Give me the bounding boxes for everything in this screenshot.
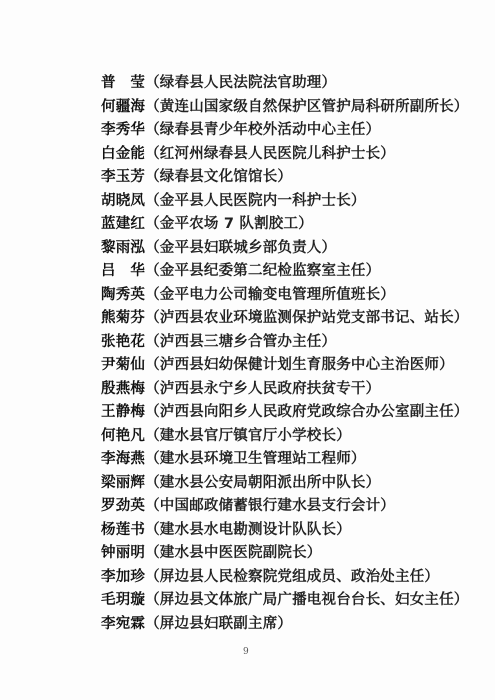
person-title: （泸西县妇幼保健计划生育服务中心主治医师） — [145, 357, 454, 373]
person-name: 吕 华 — [101, 263, 145, 279]
person-title: （建水县环境卫生管理站工程师） — [145, 451, 366, 467]
list-item: 胡晓凤（金平县人民医院内一科护士长） — [101, 190, 469, 214]
person-title: （金平县人民医院内一科护士长） — [145, 193, 366, 209]
person-name: 王静梅 — [101, 404, 145, 420]
list-item: 普 莹（绿春县人民法院法官助理） — [101, 72, 469, 96]
person-name: 梁丽辉 — [101, 475, 145, 491]
document-page: 普 莹（绿春县人民法院法官助理） 何疆海（黄连山国家级自然保护区管护局科研所副所… — [0, 0, 495, 700]
list-item: 白金能（红河州绿春县人民医院儿科护士长） — [101, 143, 469, 167]
person-name: 李加珍 — [101, 569, 145, 585]
person-name: 李宛霖 — [101, 616, 145, 632]
person-title: （绿春县文化馆馆长） — [145, 169, 292, 185]
person-name: 张艳花 — [101, 334, 145, 350]
list-item: 吕 华（金平县纪委第二纪检监察室主任） — [101, 260, 469, 284]
list-item: 李宛霖（屏边县妇联副主席） — [101, 613, 469, 637]
person-title: （金平县妇联城乡部负责人） — [145, 240, 336, 256]
person-title: （建水县水电勘测设计队队长） — [145, 522, 351, 538]
list-item: 蓝建红（金平农场 7 队割胶工） — [101, 213, 469, 237]
honoree-list: 普 莹（绿春县人民法院法官助理） 何疆海（黄连山国家级自然保护区管护局科研所副所… — [101, 72, 469, 636]
person-name: 黎雨泓 — [101, 240, 145, 256]
person-name: 杨莲书 — [101, 522, 145, 538]
list-item: 罗劲英（中国邮政储蓄银行建水县支行会计） — [101, 495, 469, 519]
person-title: （屏边县妇联副主席） — [145, 616, 292, 632]
list-item: 熊菊芬（泸西县农业环境监测保护站党支部书记、站长） — [101, 307, 469, 331]
person-name: 陶秀英 — [101, 287, 145, 303]
list-item: 陶秀英（金平电力公司输变电管理所值班长） — [101, 284, 469, 308]
person-name: 李玉芳 — [101, 169, 145, 185]
list-item: 殷燕梅（泸西县永宁乡人民政府扶贫专干） — [101, 378, 469, 402]
list-item: 李海燕（建水县环境卫生管理站工程师） — [101, 448, 469, 472]
person-name: 何艳凡 — [101, 428, 145, 444]
person-name: 胡晓凤 — [101, 193, 145, 209]
list-item: 毛玥璇（屏边县文体旅广局广播电视台台长、妇女主任） — [101, 589, 469, 613]
list-item: 何艳凡（建水县官厅镇官厅小学校长） — [101, 425, 469, 449]
person-name: 何疆海 — [101, 99, 145, 115]
person-title: （中国邮政储蓄银行建水县支行会计） — [145, 498, 395, 514]
list-item: 杨莲书（建水县水电勘测设计队队长） — [101, 519, 469, 543]
person-title: （泸西县农业环境监测保护站党支部书记、站长） — [145, 310, 468, 326]
list-item: 张艳花（泸西县三塘乡合管办主任） — [101, 331, 469, 355]
person-title: （金平县纪委第二纪检监察室主任） — [145, 263, 380, 279]
person-title: （泸西县永宁乡人民政府扶贫专干） — [145, 381, 380, 397]
person-title: （建水县官厅镇官厅小学校长） — [145, 428, 351, 444]
person-name: 李秀华 — [101, 122, 145, 138]
person-title: （绿春县青少年校外活动中心主任） — [145, 122, 380, 138]
person-title: （建水县中医医院副院长） — [145, 545, 321, 561]
list-item: 黎雨泓（金平县妇联城乡部负责人） — [101, 237, 469, 261]
person-name: 蓝建红 — [101, 216, 145, 232]
person-title: （建水县公安局朝阳派出所中队长） — [145, 475, 380, 491]
person-name: 李海燕 — [101, 451, 145, 467]
person-name: 毛玥璇 — [101, 592, 145, 608]
person-title: （金平农场 7 队割胶工） — [145, 216, 313, 232]
list-item: 王静梅（泸西县向阳乡人民政府党政综合办公室副主任） — [101, 401, 469, 425]
list-item: 李秀华（绿春县青少年校外活动中心主任） — [101, 119, 469, 143]
person-name: 殷燕梅 — [101, 381, 145, 397]
page-number: 9 — [243, 647, 249, 657]
person-title: （屏边县人民检察院党组成员、政治处主任） — [145, 569, 439, 585]
person-title: （黄连山国家级自然保护区管护局科研所副所长） — [145, 99, 468, 115]
list-item: 李加珍（屏边县人民检察院党组成员、政治处主任） — [101, 566, 469, 590]
person-name: 钟丽明 — [101, 545, 145, 561]
person-title: （屏边县文体旅广局广播电视台台长、妇女主任） — [145, 592, 468, 608]
list-item: 钟丽明（建水县中医医院副院长） — [101, 542, 469, 566]
person-title: （绿春县人民法院法官助理） — [145, 75, 336, 91]
list-item: 梁丽辉（建水县公安局朝阳派出所中队长） — [101, 472, 469, 496]
person-title: （金平电力公司输变电管理所值班长） — [145, 287, 395, 303]
list-item: 何疆海（黄连山国家级自然保护区管护局科研所副所长） — [101, 96, 469, 120]
person-name: 尹菊仙 — [101, 357, 145, 373]
person-title: （泸西县向阳乡人民政府党政综合办公室副主任） — [145, 404, 468, 420]
person-name: 白金能 — [101, 146, 145, 162]
person-name: 熊菊芬 — [101, 310, 145, 326]
person-title: （红河州绿春县人民医院儿科护士长） — [145, 146, 395, 162]
person-name: 罗劲英 — [101, 498, 145, 514]
person-title: （泸西县三塘乡合管办主任） — [145, 334, 336, 350]
person-name: 普 莹 — [101, 75, 145, 91]
list-item: 李玉芳（绿春县文化馆馆长） — [101, 166, 469, 190]
list-item: 尹菊仙（泸西县妇幼保健计划生育服务中心主治医师） — [101, 354, 469, 378]
